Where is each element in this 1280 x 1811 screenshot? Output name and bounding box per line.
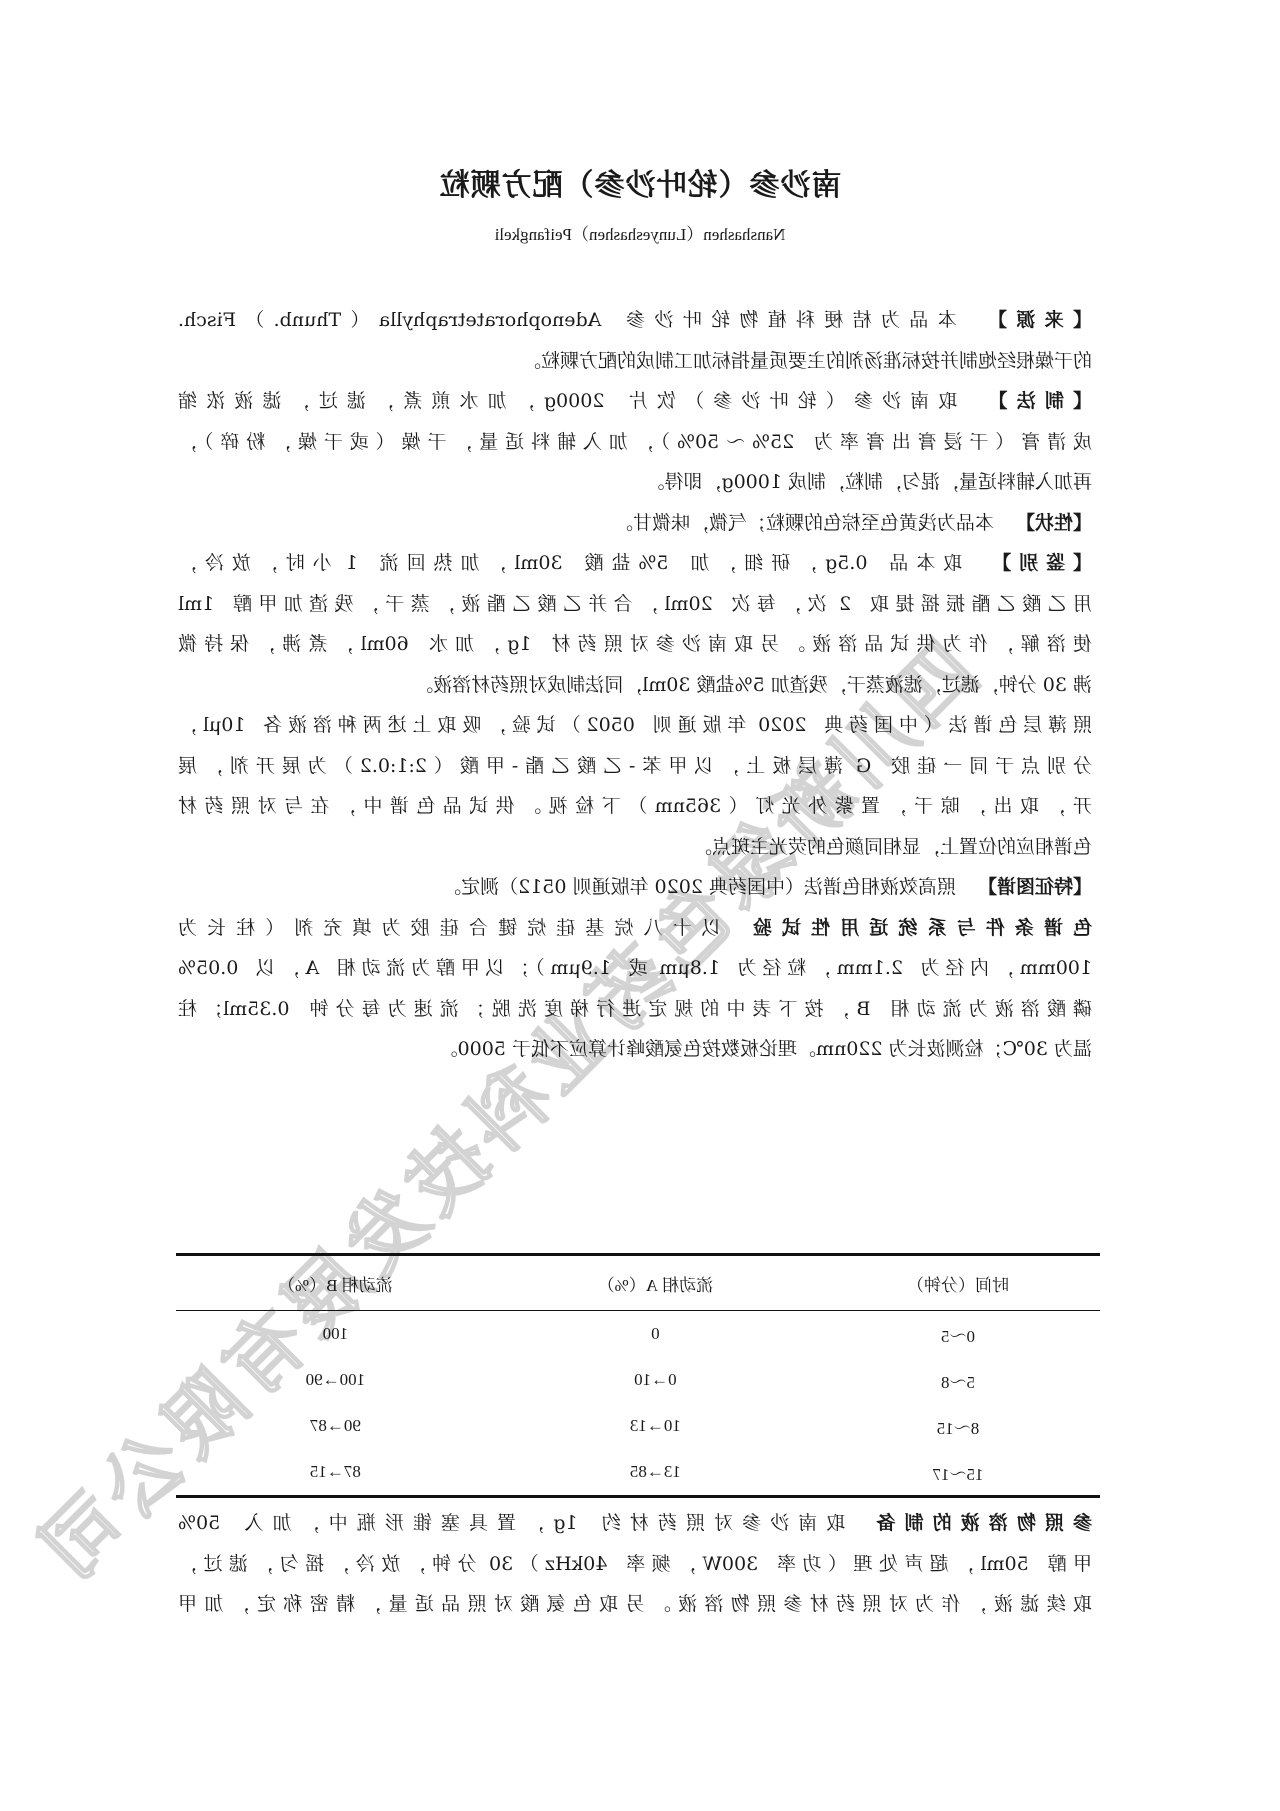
chromatography-line-1: 色谱条件与系统适用性试验以十八烷基硅烷键合硅胶为填充剂（柱长为 <box>178 908 1092 949</box>
header-phase-a: 流动相 A（%） <box>495 1255 816 1311</box>
document-page: 四川新绿色药业科技发展有限公司 南沙参（轮叶沙参）配方颗粒 Nanshashen… <box>0 0 1280 1811</box>
identification-line-4: 沸 30 分钟，滤过，滤液蒸干，残渣加 5%盐酸 30ml，同法制成对照药材溶液… <box>178 665 1092 706</box>
identification-line-3: 使溶解，作为供试品溶液。另取南沙参对照药材 1g，加水 60ml，煮沸，保持微 <box>178 624 1092 665</box>
chromatography-line-3: 磷酸溶液为流动相 B，按下表中的规定进行梯度洗脱；流速为每分钟 0.35ml；柱 <box>178 989 1092 1030</box>
identification-text: 取本品 0.5g，研细，加 5%盐酸 30ml，加热回流 1 小时，放冷， <box>178 552 962 574</box>
cell-phase-b: 90→87 <box>176 1403 495 1449</box>
reference-text: 取南沙参对照药材约 1g，置具塞锥形瓶中，加入 50% <box>178 1512 845 1534</box>
preparation-line-3: 再加入辅料适量，混匀，制粒，制成 1000g，即得。 <box>178 462 1092 503</box>
source-text: 本品为桔梗科植物轮叶沙参 Adenophoratetraphylla（Thunb… <box>178 309 957 331</box>
source-line-1: 【来源】本品为桔梗科植物轮叶沙参 Adenophoratetraphylla（T… <box>178 300 1092 341</box>
table-header-row: 时间（分钟） 流动相 A（%） 流动相 B（%） <box>176 1255 1100 1311</box>
cell-time: 5～8 <box>816 1357 1100 1403</box>
cell-phase-b: 100 <box>176 1311 495 1358</box>
preparation-line-2: 成清膏（干浸膏出膏率为 25%～50%），加入辅料适量，干燥（或干燥，粉碎）， <box>178 422 1092 463</box>
reference-line-1: 参照物溶液的制备取南沙参对照药材约 1g，置具塞锥形瓶中，加入 50% <box>178 1503 1092 1544</box>
fingerprint-line-1: 【特征图谱】照高效液相色谱法（中国药典 2020 年版通则 0512）测定。 <box>178 867 1092 908</box>
chromatography-text: 以十八烷基硅烷键合硅胶为填充剂（柱长为 <box>178 917 721 939</box>
cell-phase-b: 87→15 <box>176 1449 495 1497</box>
source-line-2: 的干燥根经炮制并按标准汤剂的主要质量指标加工制成的配方颗粒。 <box>178 341 1092 382</box>
table-row: 15～17 13→85 87→15 <box>176 1449 1100 1497</box>
preparation-tag: 【制法】 <box>979 390 1092 412</box>
cell-phase-a: 13→85 <box>495 1449 816 1497</box>
identification-line-8: 色谱相应的位置上，显相同颜色的荧光主斑点。 <box>178 827 1092 868</box>
cell-time: 8～15 <box>816 1403 1100 1449</box>
character-tag: 【性状】 <box>1016 512 1092 534</box>
cell-phase-b: 100→90 <box>176 1357 495 1403</box>
identification-line-2: 用乙酸乙酯振摇提取 2 次，每次 20ml，合并乙酸乙酯液，蒸干，残渣加甲醇 1… <box>178 584 1092 625</box>
preparation-text: 取南沙参（轮叶沙参）饮片 2000g，加水煎煮，滤过，滤液浓缩 <box>178 390 957 412</box>
header-time: 时间（分钟） <box>816 1255 1100 1311</box>
identification-line-7: 开，取出，晾干，置紫外光灯（365nm）下检视。供试品色谱中，在与对照药材 <box>178 786 1092 827</box>
chromatography-line-2: 100mm，内径为 2.1mm，粒径为 1.8μm 或 1.9μm）；以甲醇为流… <box>178 948 1092 989</box>
identification-line-6: 分别点于同一硅胶 G 薄层板上，以甲苯-乙酸乙酯-甲酸（2:1:0.2）为展开剂… <box>178 746 1092 787</box>
reference-solution-section: 参照物溶液的制备取南沙参对照药材约 1g，置具塞锥形瓶中，加入 50% 甲醇 5… <box>178 1503 1092 1625</box>
fingerprint-text: 照高效液相色谱法（中国药典 2020 年版通则 0512）测定。 <box>442 876 956 898</box>
reference-line-2: 甲醇 50ml，超声处理（功率 300W，频率 40kHz）30 分钟，放冷，摇… <box>178 1544 1092 1585</box>
gradient-table: 时间（分钟） 流动相 A（%） 流动相 B（%） 0～5 0 100 5～8 0… <box>176 1253 1100 1498</box>
chromatography-line-4: 温为 30℃；检测波长为 220nm。理论板数按色氨酸峰计算应不低于 5000。 <box>178 1029 1092 1070</box>
cell-phase-a: 10→13 <box>495 1403 816 1449</box>
character-line-1: 【性状】本品为浅黄色至棕色的颗粒；气微，味微甘。 <box>178 503 1092 544</box>
cell-time: 15～17 <box>816 1449 1100 1497</box>
cell-phase-a: 0 <box>495 1311 816 1358</box>
table-row: 8～15 10→13 90→87 <box>176 1403 1100 1449</box>
source-tag: 【来源】 <box>979 309 1092 331</box>
identification-line-5: 照薄层色谱法（中国药典 2020 年版通则 0502）试验，吸取上述两种溶液各 … <box>178 705 1092 746</box>
header-phase-b: 流动相 B（%） <box>176 1255 495 1311</box>
table-row: 0～5 0 100 <box>176 1311 1100 1358</box>
preparation-line-1: 【制法】取南沙参（轮叶沙参）饮片 2000g，加水煎煮，滤过，滤液浓缩 <box>178 381 1092 422</box>
identification-tag: 【鉴别】 <box>984 552 1092 574</box>
chromatography-subhead: 色谱条件与系统适用性试验 <box>743 917 1092 939</box>
page-title: 南沙参（轮叶沙参）配方颗粒 <box>0 160 1280 204</box>
cell-phase-a: 0→10 <box>495 1357 816 1403</box>
reference-subhead: 参照物溶液的制备 <box>867 1512 1092 1534</box>
fingerprint-tag: 【特征图谱】 <box>978 876 1092 898</box>
cell-time: 0～5 <box>816 1311 1100 1358</box>
page-subtitle: Nanshashen（Lunyeshashen）Peifangkeli <box>0 220 1280 245</box>
character-text: 本品为浅黄色至棕色的颗粒；气微，味微甘。 <box>614 512 994 534</box>
document-body: 【来源】本品为桔梗科植物轮叶沙参 Adenophoratetraphylla（T… <box>178 300 1092 1070</box>
identification-line-1: 【鉴别】取本品 0.5g，研细，加 5%盐酸 30ml，加热回流 1 小时，放冷… <box>178 543 1092 584</box>
table-row: 5～8 0→10 100→90 <box>176 1357 1100 1403</box>
reference-line-3: 取续滤液，作为对照药材参照物溶液。另取色氨酸对照品适量，精密称定，加甲 <box>178 1584 1092 1625</box>
